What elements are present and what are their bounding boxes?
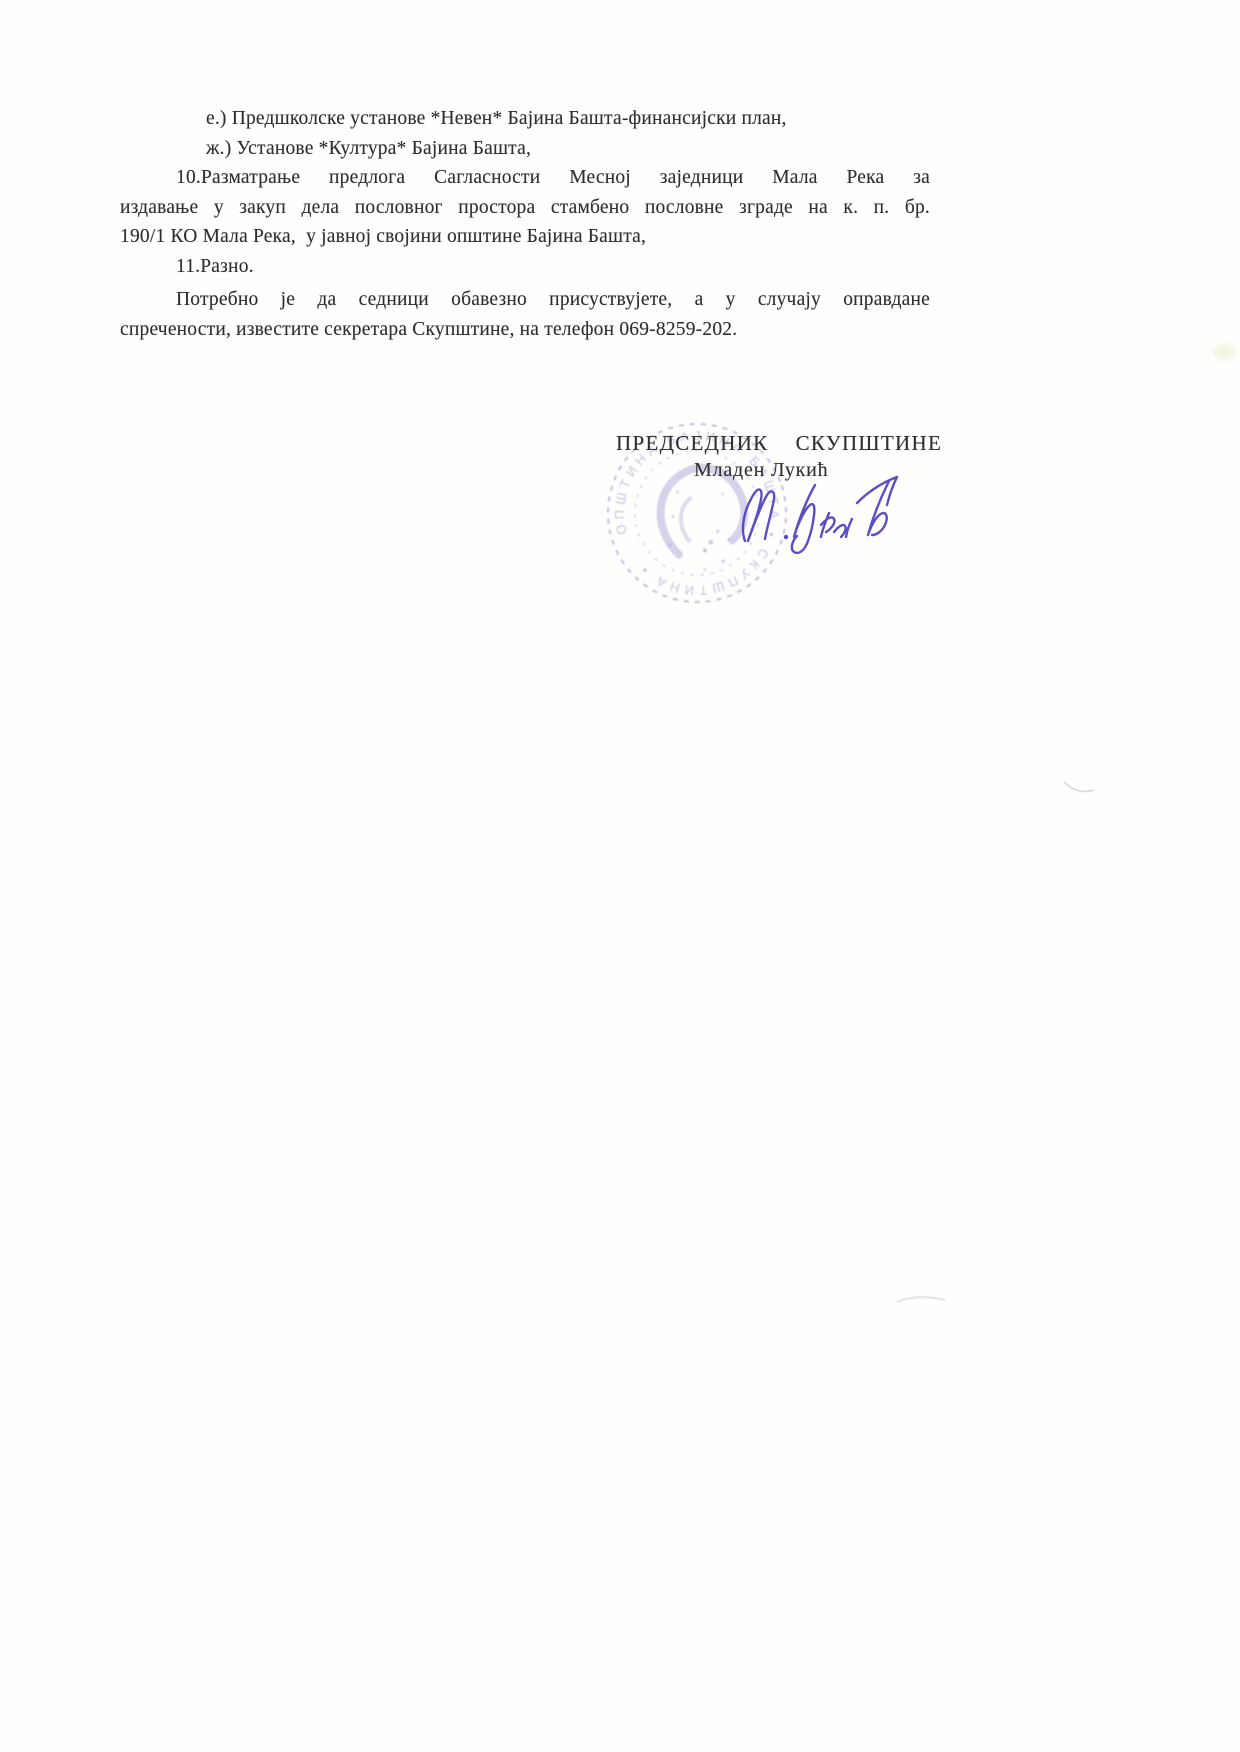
scan-artifact-smudge: [895, 1292, 947, 1308]
scan-artifact-curve: [1062, 778, 1096, 796]
agenda-item-10-line2: издавање у закуп дела пословног простора…: [120, 193, 930, 223]
agenda-item-10-line1: 10.Разматрање предлога Сагласности Месно…: [120, 163, 930, 193]
note-line-1: Потребно је да седници обавезно присуств…: [120, 285, 930, 315]
agenda-list: е.) Предшколске установе *Невен* Бајина …: [120, 104, 930, 282]
signature-ink-icon: [731, 469, 913, 561]
handwritten-signature: [731, 469, 913, 561]
scanned-document-page: е.) Предшколске установе *Невен* Бајина …: [0, 0, 1240, 1752]
scan-artifact-stain: [1212, 342, 1238, 362]
agenda-item-e: е.) Предшколске установе *Невен* Бајина …: [120, 104, 930, 134]
agenda-item-zh: ж.) Установе *Култура* Бајина Башта,: [120, 134, 930, 164]
signatory-title: ПРЕДСЕДНИК СКУПШТИНЕ: [616, 431, 942, 456]
note-line-2: спречености, известите секретара Скупшти…: [120, 315, 930, 345]
attendance-note: Потребно је да седници обавезно присуств…: [120, 285, 930, 344]
agenda-item-10-line3: 190/1 КО Мала Река, у јавној својини опш…: [120, 222, 930, 252]
agenda-item-11: 11.Разно.: [120, 252, 930, 282]
